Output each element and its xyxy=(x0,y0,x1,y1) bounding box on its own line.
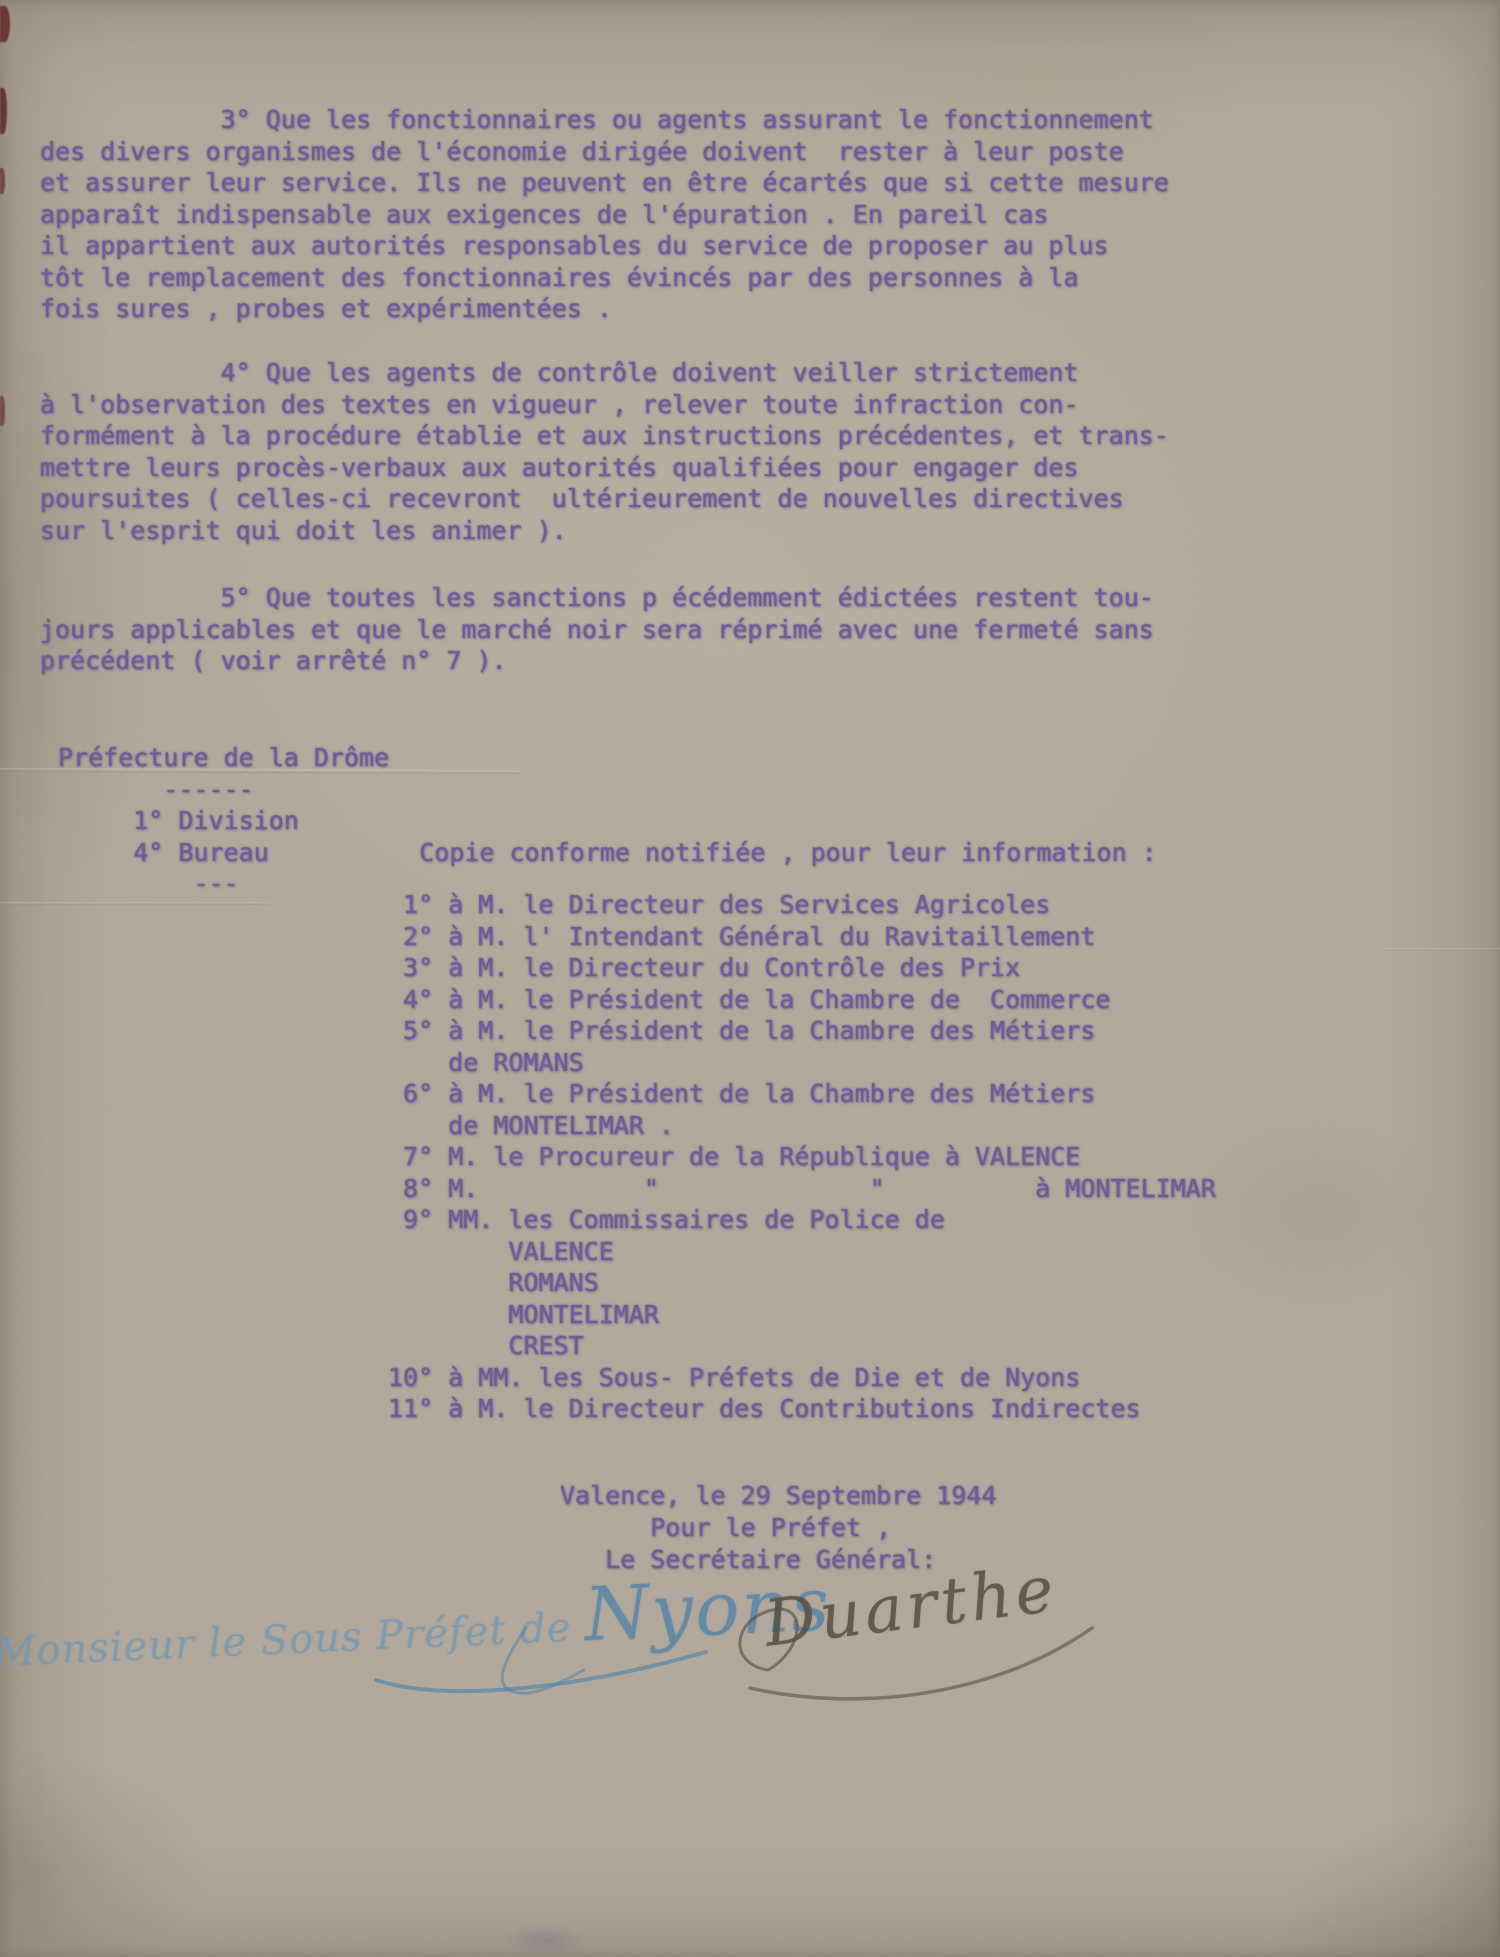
distribution-list: 1° à M. le Directeur des Services Agrico… xyxy=(388,889,1216,1425)
paragraph-4: 4° Que les agents de contrôle doivent ve… xyxy=(40,357,1169,546)
prefecture-header: Préfecture de la Drôme ------ 1° Divisio… xyxy=(58,742,1157,900)
typed-line: Pour le Préfet , xyxy=(560,1512,997,1544)
typed-line: des divers organismes de l'économie diri… xyxy=(40,136,1169,168)
typed-line: 1° Division xyxy=(58,805,1157,837)
typed-line: 10° à MM. les Sous- Préfets de Die et de… xyxy=(388,1362,1216,1394)
edge-mark xyxy=(0,88,7,134)
edge-mark xyxy=(0,168,5,194)
typed-line: 4° Bureau Copie conforme notifiée , pour… xyxy=(58,837,1157,869)
typed-line: poursuites ( celles-ci recevront ultérie… xyxy=(40,483,1169,515)
typed-line: mettre leurs procès-verbaux aux autorité… xyxy=(40,452,1169,484)
typed-line: 5° à M. le Président de la Chambre des M… xyxy=(388,1015,1216,1047)
edge-mark xyxy=(0,6,10,42)
crease-line xyxy=(1384,948,1500,951)
typed-line: 1° à M. le Directeur des Services Agrico… xyxy=(388,889,1216,921)
typed-line: 2° à M. l' Intendant Général du Ravitail… xyxy=(388,921,1216,953)
typed-line: 3° Que les fonctionnaires ou agents assu… xyxy=(40,104,1169,136)
typed-line: sur l'esprit qui doit les animer ). xyxy=(40,515,1169,547)
paragraph-5: 5° Que toutes les sanctions p écédemment… xyxy=(40,582,1154,677)
typed-line: formément à la procédure établie et aux … xyxy=(40,420,1169,452)
ink-smudge xyxy=(500,1924,590,1957)
typed-line: 4° Que les agents de contrôle doivent ve… xyxy=(40,357,1169,389)
handwritten-addressee-note: Monsieur le Sous Préfet de Nyons xyxy=(0,1561,833,1683)
typed-line: MONTELIMAR xyxy=(388,1299,1216,1331)
typed-line: 11° à M. le Directeur des Contributions … xyxy=(388,1393,1216,1425)
typed-line: 7° M. le Procureur de la République à VA… xyxy=(388,1141,1216,1173)
closing-block: Valence, le 29 Septembre 1944 Pour le Pr… xyxy=(560,1480,997,1576)
typed-line: 3° à M. le Directeur du Contrôle des Pri… xyxy=(388,952,1216,984)
paragraph-3: 3° Que les fonctionnaires ou agents assu… xyxy=(40,104,1169,325)
typed-line: tôt le remplacement des fonctionnaires é… xyxy=(40,262,1169,294)
typed-line: 8° M. " " à MONTELIMAR xyxy=(388,1173,1216,1205)
typed-line: CREST xyxy=(388,1330,1216,1362)
crease-line xyxy=(0,902,270,905)
document-page: 3° Que les fonctionnaires ou agents assu… xyxy=(0,0,1500,1957)
typed-line: de ROMANS xyxy=(388,1047,1216,1079)
typed-line: à l'observation des textes en vigueur , … xyxy=(40,389,1169,421)
typed-line: Valence, le 29 Septembre 1944 xyxy=(560,1480,997,1512)
typed-line: 5° Que toutes les sanctions p écédemment… xyxy=(40,582,1154,614)
edge-mark xyxy=(0,396,5,426)
typed-line: apparaît indispensable aux exigences de … xyxy=(40,199,1169,231)
typed-line: ------ xyxy=(58,774,1157,806)
typed-line: et assurer leur service. Ils ne peuvent … xyxy=(40,167,1169,199)
typed-line: fois sures , probes et expérimentées . xyxy=(40,293,1169,325)
typed-line: Préfecture de la Drôme xyxy=(58,742,1157,774)
typed-line: VALENCE xyxy=(388,1236,1216,1268)
typed-line: jours applicables et que le marché noir … xyxy=(40,614,1154,646)
typed-line: 6° à M. le Président de la Chambre des M… xyxy=(388,1078,1216,1110)
typed-line: ROMANS xyxy=(388,1267,1216,1299)
typed-line: il appartient aux autorités responsables… xyxy=(40,230,1169,262)
typed-line: précédent ( voir arrêté n° 7 ). xyxy=(40,645,1154,677)
handwritten-note-text: Monsieur le Sous Préfet de xyxy=(0,1604,586,1676)
typed-line: 4° à M. le Président de la Chambre de Co… xyxy=(388,984,1216,1016)
typed-line: 9° MM. les Commissaires de Police de xyxy=(388,1204,1216,1236)
typed-line: de MONTELIMAR . xyxy=(388,1110,1216,1142)
